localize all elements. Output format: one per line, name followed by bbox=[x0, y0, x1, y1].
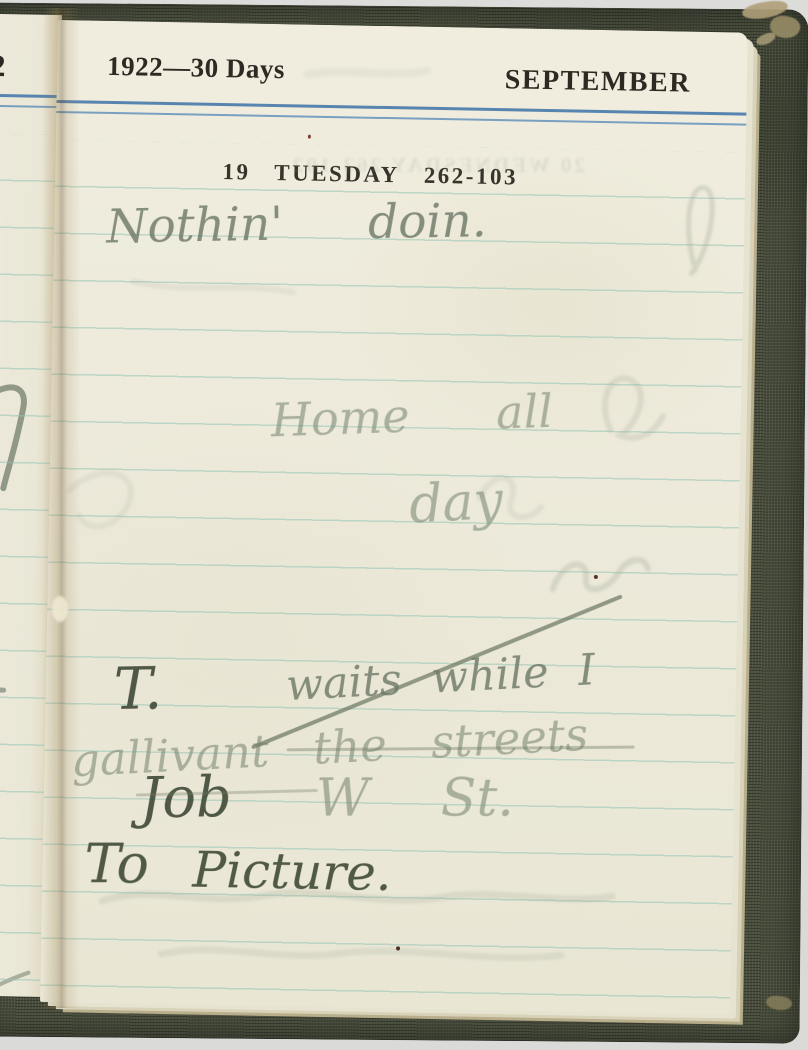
handwriting-job: Job bbox=[139, 770, 232, 828]
diary-photo: 2 1922—30 Days SEPTEMBER 19 TUESDAY 262-… bbox=[0, 0, 808, 1050]
paper-speck bbox=[308, 135, 311, 139]
showthrough-next-day-heading: 20 WEDNESDAY 263-102 bbox=[247, 153, 627, 178]
header-year-days: 1922—30 Days bbox=[107, 51, 285, 85]
handwriting-w-st: W St. bbox=[316, 773, 514, 825]
handwriting-picture: Picture. bbox=[192, 845, 392, 899]
diary-page: 1922—30 Days SEPTEMBER 19 TUESDAY 262-10… bbox=[40, 20, 748, 1014]
paper-speck bbox=[396, 946, 400, 950]
paper-speck bbox=[594, 575, 598, 579]
handwriting-day: day bbox=[408, 475, 504, 532]
handwriting-nothin-doin: Nothin' doin. bbox=[106, 197, 487, 250]
header-month: SEPTEMBER bbox=[504, 64, 691, 99]
previous-page-header-digit: 2 bbox=[0, 48, 6, 84]
handwriting-to: To bbox=[85, 837, 149, 891]
handwriting-t-initial: T. bbox=[113, 659, 163, 718]
handwriting-home-all: Home all bbox=[270, 388, 554, 444]
handwriting-waits-while-i: waits while I bbox=[285, 649, 596, 708]
